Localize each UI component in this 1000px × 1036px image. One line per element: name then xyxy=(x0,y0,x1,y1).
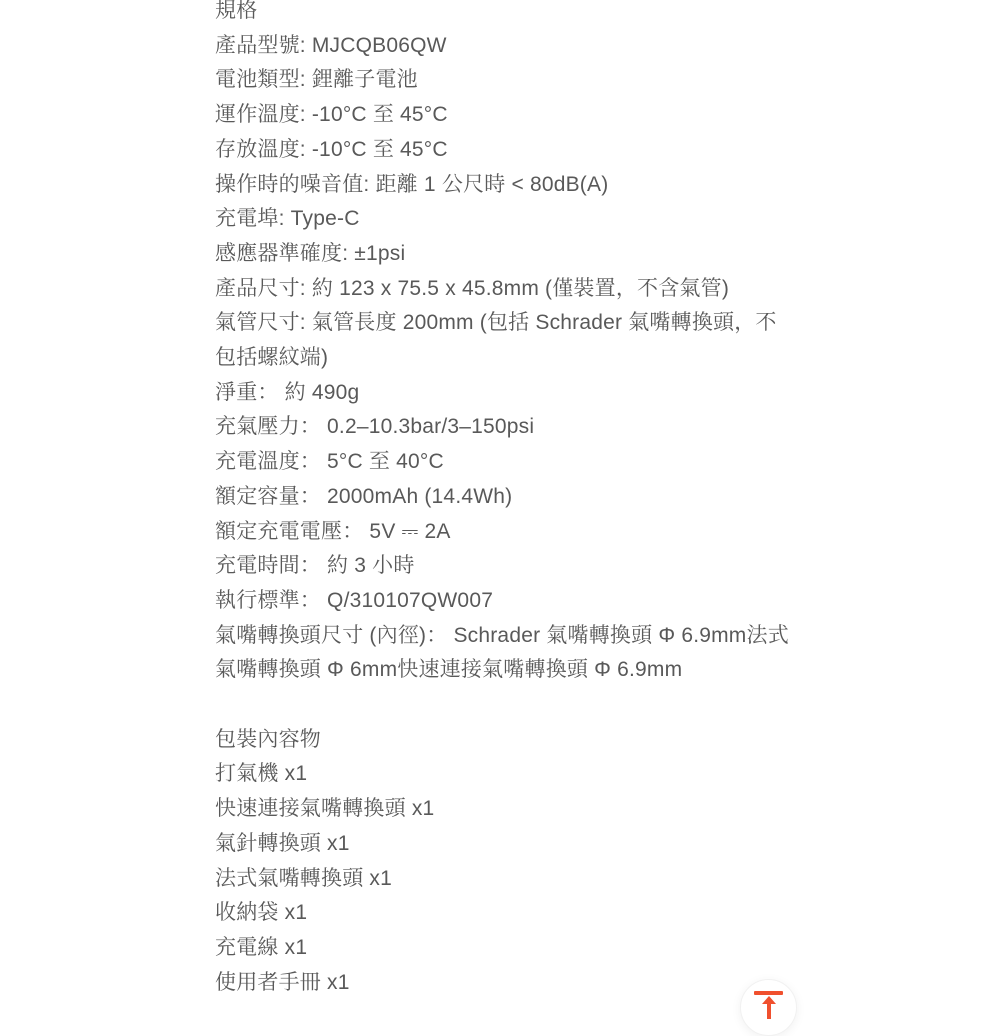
spec-line-sensor-accuracy: 感應器準確度: ±1psi xyxy=(215,237,790,272)
spec-line-storage-temp: 存放溫度: -10°C 至 45°C xyxy=(215,133,790,168)
spec-line-standard: 執行標準： Q/310107QW007 xyxy=(215,584,790,619)
spec-line-net-weight: 淨重： 約 490g xyxy=(215,376,790,411)
spec-line-operating-temp: 運作溫度: -10°C 至 45°C xyxy=(215,98,790,133)
arrowhead-shape xyxy=(762,996,776,1000)
spec-line-model: 產品型號: MJCQB06QW xyxy=(215,29,790,64)
top-bar-shape xyxy=(754,991,783,995)
spec-line-inflation-pressure: 充氣壓力： 0.2–10.3bar/3–150psi xyxy=(215,410,790,445)
back-to-top-button[interactable] xyxy=(740,979,797,1000)
spec-line-rated-capacity: 額定容量： 2000mAh (14.4Wh) xyxy=(215,480,790,515)
spec-line-rated-voltage: 額定充電電壓： 5V ⎓ 2A xyxy=(215,515,790,550)
package-contents-title: 包裝內容物 xyxy=(215,723,790,758)
package-item-storage-bag: 收納袋 x1 xyxy=(215,896,790,931)
package-item-needle-adapter: 氣針轉換頭 x1 xyxy=(215,827,790,862)
package-item-presta-adapter: 法式氣嘴轉換頭 x1 xyxy=(215,862,790,897)
spec-line-charging-temp: 充電溫度： 5°C 至 40°C xyxy=(215,445,790,480)
product-spec-section: 規格 產品型號: MJCQB06QW 電池類型: 鋰離子電池 運作溫度: -10… xyxy=(215,0,790,1000)
section-spacer xyxy=(215,688,790,723)
package-item-user-manual: 使用者手冊 x1 xyxy=(215,966,790,1000)
spec-line-battery-type: 電池類型: 鋰離子電池 xyxy=(215,63,790,98)
spec-line-charging-time: 充電時間： 約 3 小時 xyxy=(215,549,790,584)
package-item-quick-adapter: 快速連接氣嘴轉換頭 x1 xyxy=(215,792,790,827)
spec-line-noise: 操作時的噪音值: 距離 1 公尺時 < 80dB(A) xyxy=(215,168,790,203)
spec-line-product-size: 產品尺寸: 約 123 x 75.5 x 45.8mm (僅裝置，不含氣管) xyxy=(215,272,790,307)
spec-line-hose-size: 氣管尺寸: 氣管長度 200mm (包括 Schrader 氣嘴轉換頭，不包括螺… xyxy=(215,306,790,375)
spec-line-valve-adapter-size: 氣嘴轉換頭尺寸 (內徑)： Schrader 氣嘴轉換頭 Φ 6.9mm法式氣嘴… xyxy=(215,619,790,688)
specs-title: 規格 xyxy=(215,0,790,29)
arrow-up-to-top-icon xyxy=(741,980,796,1000)
package-item-pump: 打氣機 x1 xyxy=(215,757,790,792)
package-item-charging-cable: 充電線 x1 xyxy=(215,931,790,966)
spec-line-charging-port: 充電埠: Type-C xyxy=(215,202,790,237)
